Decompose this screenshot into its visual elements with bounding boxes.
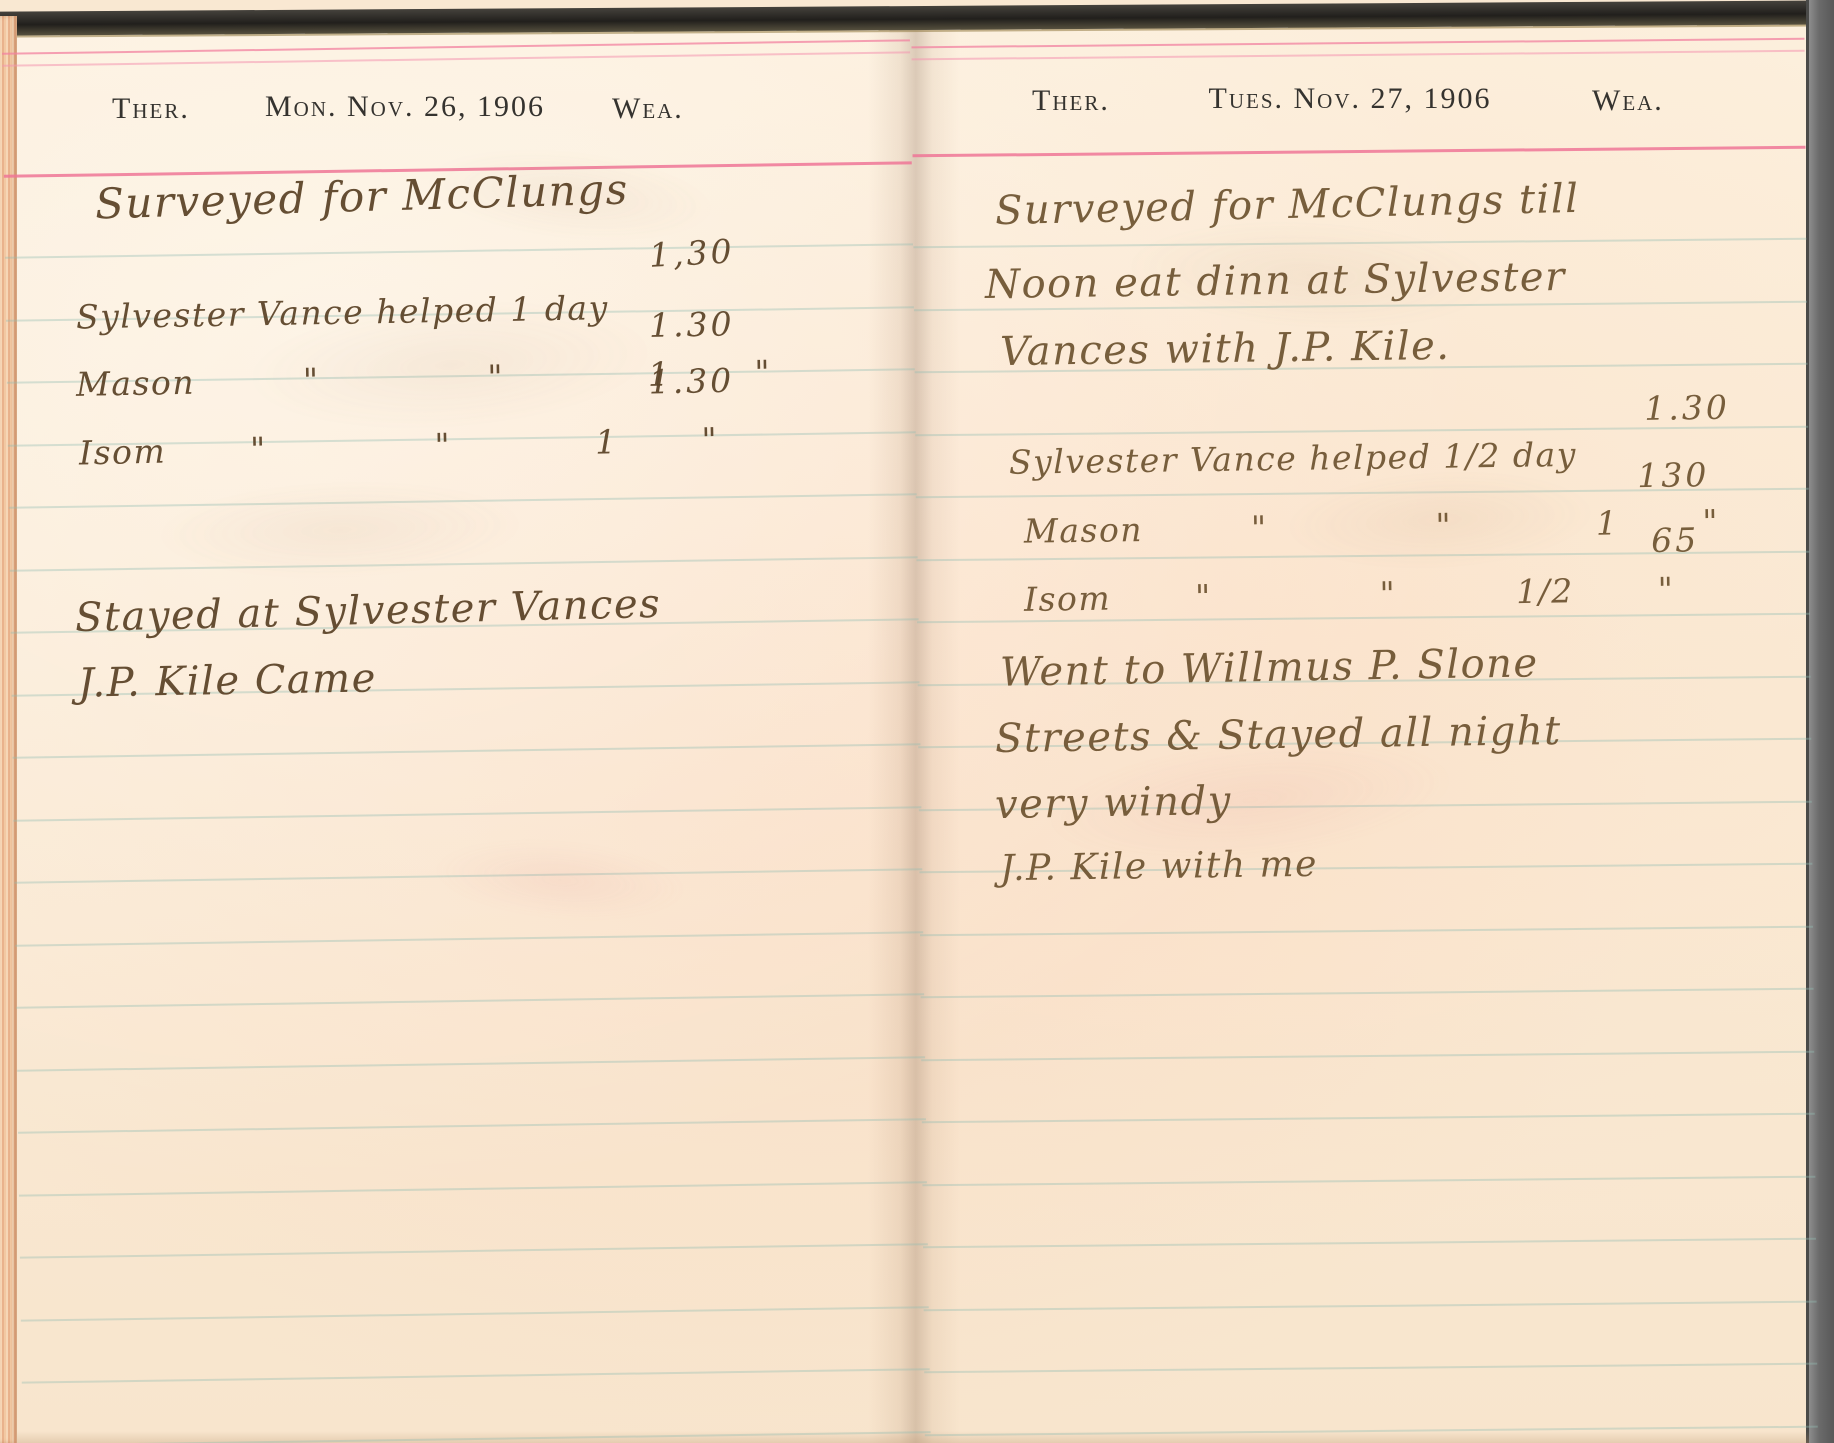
pink-rule xyxy=(912,50,1805,61)
blue-rule xyxy=(922,1113,1815,1124)
handwritten-line: very windy xyxy=(995,778,1232,828)
handwritten-line: J.P. Kile Came xyxy=(78,655,378,706)
wea-label: Wea. xyxy=(1592,84,1664,118)
pink-rule xyxy=(913,146,1806,158)
blue-rule xyxy=(19,1181,927,1196)
blue-rule xyxy=(924,1300,1817,1311)
blue-rule xyxy=(920,925,1813,936)
blue-rule xyxy=(15,931,923,946)
handwritten-line: Vances with J.P. Kile. xyxy=(1000,323,1451,375)
ledger-amount: 1.30 xyxy=(649,304,735,344)
handwritten-line: Noon eat dinn at Sylvester xyxy=(985,254,1566,308)
ledger-text: Isom " " 1 " xyxy=(79,420,719,472)
date-heading: Tues. Nov. 27, 1906 xyxy=(1185,82,1515,116)
handwritten-line: Streets & Stayed all night xyxy=(995,708,1562,762)
blue-rule xyxy=(20,1243,928,1258)
ledger-amount: 65 xyxy=(1651,520,1700,560)
blue-rule xyxy=(12,743,920,758)
blue-rule xyxy=(18,1118,926,1133)
blue-rule xyxy=(16,993,924,1008)
blue-rule xyxy=(925,1425,1818,1436)
date-heading: Mon. Nov. 26, 1906 xyxy=(255,90,555,124)
blue-rule xyxy=(913,238,1806,249)
ledger-amount: 1.30 xyxy=(648,361,734,402)
diary-scan: { "left_page": { "header": { "ther_label… xyxy=(0,0,1834,1443)
ledger-amount: 130 xyxy=(1637,455,1710,495)
blue-rule xyxy=(922,1175,1815,1186)
blue-rule xyxy=(10,556,918,571)
blue-rule xyxy=(14,868,922,883)
ledger-text: Isom " " 1/2 " xyxy=(1024,570,1675,619)
pink-rule xyxy=(911,38,1804,49)
blue-rule xyxy=(924,1363,1817,1374)
ther-label: Ther. xyxy=(1032,84,1110,118)
blue-rule xyxy=(13,806,921,821)
ledger-row: Isom " " 1/2 " 65 xyxy=(999,531,1675,659)
ledger-row: Isom " " 1 " 1.30 xyxy=(54,381,720,512)
pink-rule xyxy=(2,51,910,66)
blue-rule xyxy=(921,988,1814,999)
blue-rule xyxy=(921,1050,1814,1061)
blue-rule xyxy=(923,1238,1816,1249)
blue-rule xyxy=(22,1368,930,1383)
ther-label: Ther. xyxy=(112,92,190,126)
handwritten-line: Went to Willmus P. Slone xyxy=(1000,640,1539,695)
handwritten-line: J.P. Kile with me xyxy=(1000,844,1318,889)
ledger-amount: 1.30 xyxy=(1644,388,1730,428)
blue-rule xyxy=(21,1306,929,1321)
ledger-amount: 1,30 xyxy=(648,231,735,274)
wea-label: Wea. xyxy=(612,92,684,126)
blue-rule xyxy=(17,1056,925,1071)
